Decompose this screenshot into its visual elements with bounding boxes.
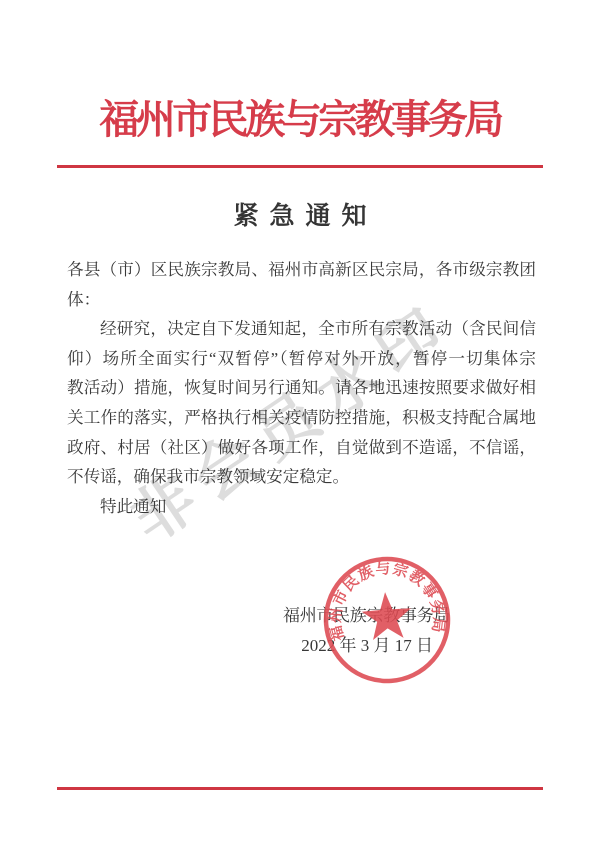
body-line: 体： xyxy=(67,285,536,315)
body-line: 各县（市）区民族宗教局、福州市高新区民宗局，各市级宗教团 xyxy=(67,255,536,285)
body-line: 关工作的落实，严格执行相关疫情防控措施，积极支持配合属地 xyxy=(67,403,536,433)
notice-body: 各县（市）区民族宗教局、福州市高新区民宗局，各市级宗教团 体： 经研究，决定自下… xyxy=(67,255,536,521)
document-page: 非会员水印 福州市民族与宗教事务局 紧急通知 各县（市）区民族宗教局、福州市高新… xyxy=(0,0,600,849)
header-divider-line xyxy=(57,165,543,168)
body-line: 特此通知 xyxy=(67,492,536,522)
seal-star-icon xyxy=(360,590,413,640)
footer-divider-line xyxy=(57,787,543,790)
body-line: 政府、村居（社区）做好各项工作，自觉做到不造谣，不信谣， xyxy=(67,433,536,463)
body-line: 教活动）措施，恢复时间另行通知。请各地迅速按照要求做好相 xyxy=(67,373,536,403)
body-line: 不传谣，确保我市宗教领域安定稳定。 xyxy=(67,462,536,492)
letterhead-org-name: 福州市民族与宗教事务局 xyxy=(0,88,600,145)
official-seal: 福州市民族与宗教事务局 xyxy=(312,545,462,695)
notice-title: 紧急通知 xyxy=(0,196,600,232)
body-line: 仰）场所全面实行“双暂停”（暂停对外开放，暂停一切集体宗 xyxy=(67,344,536,374)
body-line: 经研究，决定自下发通知起，全市所有宗教活动（含民间信 xyxy=(67,314,536,344)
